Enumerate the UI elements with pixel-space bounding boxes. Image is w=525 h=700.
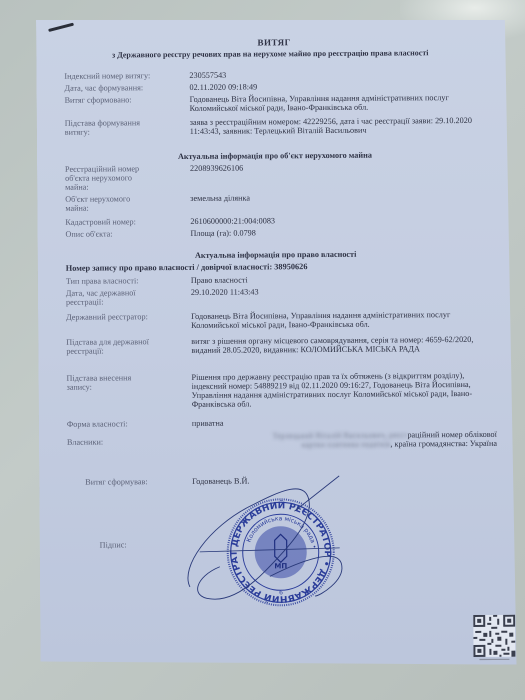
field-entry-basis: Підстава внесення запису: Рішення про де… <box>66 371 496 374</box>
field-value: Годованець Віта Йосипівна, Управління на… <box>190 93 490 113</box>
field-label: Власники: <box>67 437 185 447</box>
field-value: 2610600000:21:004:0083 <box>190 215 490 226</box>
field-label: Тип права власності: <box>66 276 184 286</box>
field-value: земельна ділянка <box>190 192 490 203</box>
redacted-text: картки платника податків <box>302 440 391 450</box>
field-label: Підстава формування витягу: <box>65 118 155 137</box>
field-label: Кадастровий номер: <box>65 217 183 227</box>
field-value: 29.10.2020 11:43:43 <box>191 286 491 297</box>
field-value: Рішення про державну реєстрацію прав та … <box>191 371 491 409</box>
field-extract-index: Індексний номер витягу: 230557543 <box>64 69 494 72</box>
field-label: Підстава внесення запису: <box>66 373 146 392</box>
field-registration-basis: Підстава для державної реєстрації: витяг… <box>66 335 496 338</box>
field-label: Об'єкт нерухомого майна: <box>65 194 155 213</box>
property-section-heading: Актуальна інформація про об'єкт нерухомо… <box>37 150 513 162</box>
field-label: Витяг сформовано: <box>65 95 183 105</box>
field-value: Право власності <box>191 274 491 285</box>
document-subtitle: з Державного реєстру речових прав на нер… <box>36 48 504 60</box>
field-value: Терлецький Віталій Васильович, реєстраці… <box>217 430 497 450</box>
field-label: Державний реєстратор: <box>66 312 184 322</box>
field-value: Годованець Віта Йосипівна, Управління на… <box>191 310 491 330</box>
field-label: Дата, час формування: <box>64 83 182 93</box>
handwritten-signature <box>169 466 370 617</box>
field-label: Реєстраційний номер об'єкта нерухомого м… <box>65 164 155 192</box>
field-ownership-form: Форма власності: приватна <box>67 417 497 420</box>
field-label: Форма власності: <box>67 419 185 429</box>
field-property-object: Об'єкт нерухомого майна: земельна ділянк… <box>65 192 495 195</box>
field-ownership-type: Тип права власності: Право власності <box>66 274 496 277</box>
pen-mark <box>48 23 74 32</box>
field-cadastral-number: Кадастровий номер: 2610600000:21:004:008… <box>65 215 495 218</box>
document-page: ВИТЯГ з Державного реєстру речових прав … <box>36 17 517 668</box>
field-value: Площа (га): 0.0798 <box>190 227 490 238</box>
field-value: заява з реєстраційним номером: 42229256,… <box>190 116 490 136</box>
field-label: Дата, час державної реєстрації: <box>66 288 156 307</box>
field-value: 230557543 <box>189 69 489 80</box>
field-formation-basis: Підстава формування витягу: заява з реєс… <box>65 116 495 119</box>
field-state-registrar: Державний реєстратор: Годованець Віта Йо… <box>66 310 496 313</box>
field-value: витяг з рішення органу місцевого самовря… <box>191 335 491 355</box>
field-owners: Власники: Терлецький Віталій Васильович,… <box>67 430 497 433</box>
field-value: 02.11.2020 09:18:49 <box>189 81 489 92</box>
field-label: Опис об'єкта: <box>65 229 183 239</box>
field-registration-datetime: Дата, час державної реєстрації: 29.10.20… <box>66 286 496 289</box>
field-formed-by: Витяг сформовано: Годованець Віта Йосипі… <box>65 93 495 96</box>
field-value: 2208939626106 <box>190 162 490 173</box>
ownership-record-heading: Номер запису про право власності / довір… <box>66 262 308 273</box>
field-label: Підстава для державної реєстрації: <box>66 337 166 356</box>
field-label: Індексний номер витягу: <box>64 71 182 81</box>
document-title: ВИТЯГ <box>36 36 512 49</box>
field-object-description: Опис об'єкта: Площа (га): 0.0798 <box>65 227 495 230</box>
ownership-section-heading: Актуальна інформація про право власності <box>38 249 514 261</box>
qr-code <box>473 615 515 661</box>
field-formation-datetime: Дата, час формування: 02.11.2020 09:18:4… <box>64 81 494 84</box>
field-property-reg-number: Реєстраційний номер об'єкта нерухомого м… <box>65 162 495 165</box>
field-value: приватна <box>192 417 492 428</box>
